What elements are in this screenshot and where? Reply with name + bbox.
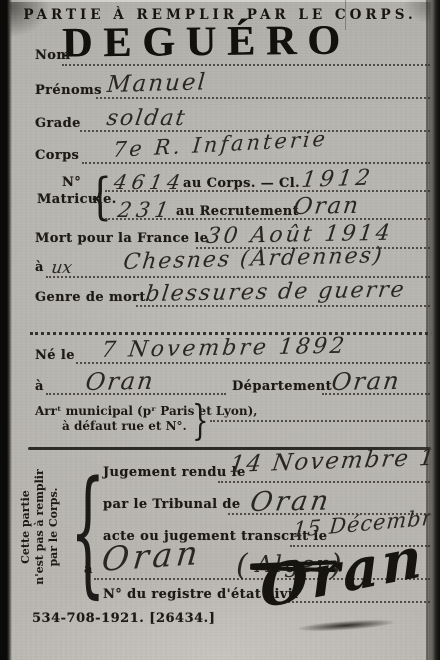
surname-stamped-value: DEGUÉRO bbox=[62, 16, 351, 67]
side-note-line2: n'est pas à remplir bbox=[33, 469, 47, 585]
surname-label: Nom bbox=[35, 48, 71, 63]
dotted-line bbox=[210, 420, 430, 422]
municipal-district-brace: } bbox=[192, 401, 209, 443]
recruitment-suffix: au Recrutement bbox=[176, 204, 299, 219]
scan-edge-left bbox=[0, 0, 12, 660]
unit-label: Corps bbox=[35, 148, 79, 163]
dotted-line bbox=[62, 64, 430, 66]
tribunal-place-handwritten: Oran bbox=[248, 486, 333, 518]
birth-place-label: à bbox=[35, 379, 44, 394]
printer-imprint: 534-708-1921. [26434.] bbox=[32, 611, 215, 626]
firstname-handwritten-value: Manuel bbox=[106, 69, 208, 98]
dotted-line bbox=[96, 97, 430, 99]
top-edge-highlight bbox=[0, 0, 440, 2]
scan-edge-right bbox=[426, 0, 440, 660]
death-place-handwritten: Chesnes (Ardennes) bbox=[122, 243, 385, 275]
department-handwritten: Oran bbox=[330, 367, 402, 396]
recruitment-number-handwritten: 231 bbox=[116, 198, 175, 222]
municipal-district-label-line2: à défaut rue et N°. bbox=[62, 419, 187, 433]
death-place-prefix-handwritten: ux bbox=[50, 258, 73, 278]
corps-number-handwritten: 4614 bbox=[112, 170, 187, 194]
blank-continuation-line bbox=[30, 332, 434, 335]
tribunal-label: par le Tribunal de bbox=[103, 497, 241, 512]
crossed-out-paren-open: ( bbox=[236, 548, 248, 583]
birth-place-handwritten: Oran bbox=[84, 367, 156, 396]
birth-date-label: Né le bbox=[35, 348, 75, 363]
death-date-label: Mort pour la France le bbox=[35, 231, 208, 246]
rank-label: Grade bbox=[35, 116, 81, 131]
recruitment-place-handwritten: Oran bbox=[292, 193, 362, 220]
pencil-smudge-mark bbox=[298, 618, 394, 634]
death-type-handwritten: blessures de guerre bbox=[144, 277, 407, 307]
dotted-line bbox=[82, 162, 430, 164]
civil-section-brace: { bbox=[70, 466, 106, 603]
death-type-label: Genre de mort bbox=[35, 290, 146, 305]
judgment-date-label: Jugement rendu le bbox=[103, 465, 246, 480]
corps-number-suffix: au Corps. — Cl. bbox=[183, 176, 300, 191]
firstname-label: Prénoms bbox=[35, 83, 102, 98]
department-label: Département bbox=[232, 379, 332, 394]
side-note-line3: par le Corps. bbox=[47, 469, 61, 585]
service-number-label-line1: N° bbox=[62, 175, 81, 190]
paper-fold-line bbox=[345, 0, 346, 30]
transcription-place-label: à bbox=[84, 562, 93, 577]
side-note-line1: Cette partie bbox=[19, 469, 33, 585]
birth-date-handwritten: 7 Novembre 1892 bbox=[100, 334, 348, 363]
rank-handwritten-value: soldat bbox=[105, 106, 188, 131]
class-year-handwritten: 1912 bbox=[300, 165, 375, 193]
dotted-line bbox=[218, 481, 430, 483]
transcription-place-handwritten: Oran bbox=[100, 533, 204, 579]
military-death-record-card: PARTIE À REMPLIR PAR LE CORPS. DEGUÉRO N… bbox=[0, 0, 440, 660]
municipal-district-label-line1: Arrᵗ municipal (pʳ Paris et Lyon), bbox=[35, 404, 257, 418]
death-place-label: à bbox=[35, 260, 44, 275]
service-number-brace: { bbox=[88, 172, 112, 221]
